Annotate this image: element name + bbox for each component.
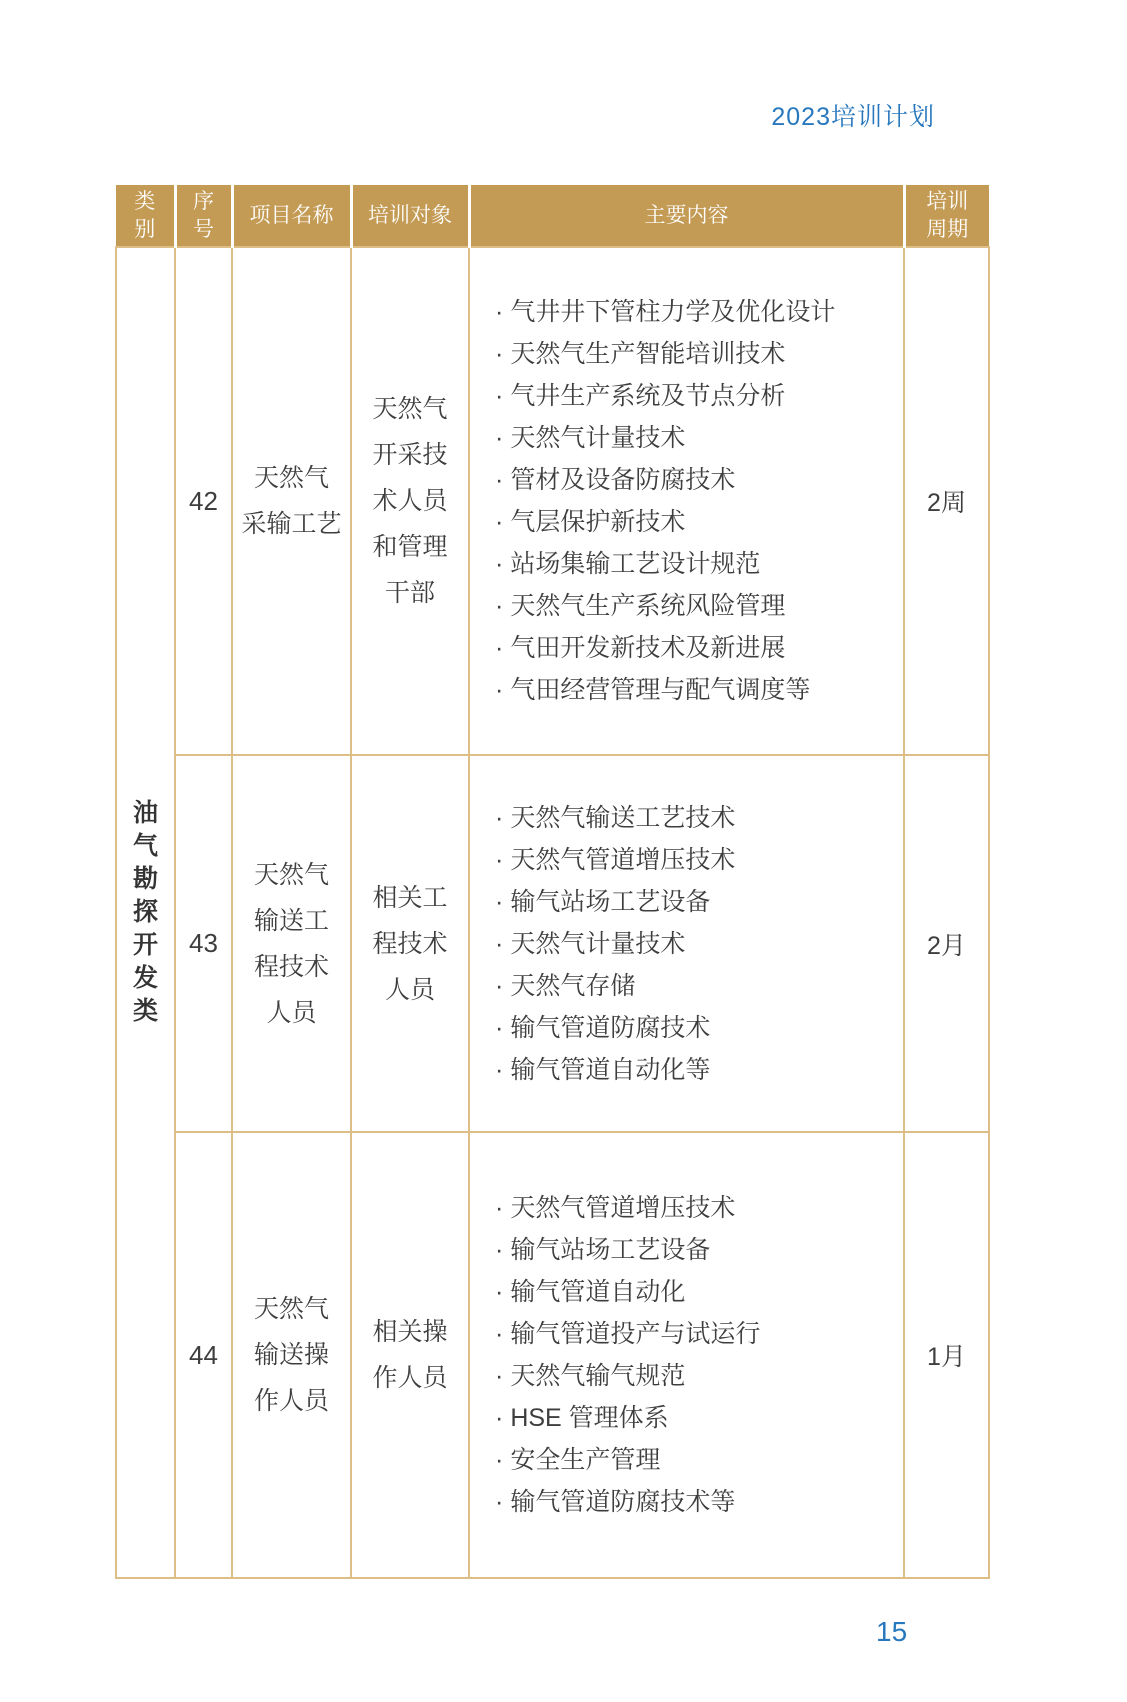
content-item-text: 天然气管道增压技术 (510, 846, 735, 874)
content-item-text: 气田经营管理与配气调度等 (510, 676, 810, 704)
training-plan-table: 类 别 序 号 项目名称 培训对象 主要内容 培训 周期 油 气 勘 探 开 发… (115, 185, 990, 1579)
content-item-text: 气井生产系统及节点分析 (510, 382, 785, 410)
content-item-text: 天然气计量技术 (510, 424, 685, 452)
table-row-43: 43 天然气 输送工 程技术 人员 相关工 程技术 人员 ·天然气输送工艺技术·… (116, 755, 989, 1132)
content-item-text: 输气站场工艺设备 (510, 888, 710, 916)
document-header-title: 2023培训计划 (771, 97, 935, 133)
bullet-dot-icon: · (495, 508, 503, 536)
audience-cell: 相关工 程技术 人员 (351, 755, 469, 1132)
content-item-text: 输气站场工艺设备 (510, 1236, 710, 1264)
content-item-text: 输气管道防腐技术 (510, 1014, 710, 1042)
bullet-dot-icon: · (495, 1404, 503, 1432)
content-item: ·气井生产系统及节点分析 (495, 375, 903, 417)
header-project-name: 项目名称 (232, 185, 351, 247)
content-item-text: 气井井下管柱力学及优化设计 (510, 298, 835, 326)
content-item: ·输气管道自动化等 (495, 1049, 903, 1091)
content-item: ·天然气生产智能培训技术 (495, 333, 903, 375)
content-item-text: 输气管道防腐技术等 (510, 1488, 735, 1516)
content-item: ·管材及设备防腐技术 (495, 459, 903, 501)
content-item: ·输气管道防腐技术 (495, 1007, 903, 1049)
bullet-dot-icon: · (495, 1320, 503, 1348)
bullet-dot-icon: · (495, 424, 503, 452)
period-cell: 2月 (904, 755, 989, 1132)
row-number: 43 (175, 755, 232, 1132)
audience-cell: 天然气 开采技 术人员 和管理 干部 (351, 247, 469, 755)
content-item: ·天然气管道增压技术 (495, 1187, 903, 1229)
project-name-cell: 天然气 采输工艺 (232, 247, 351, 755)
header-number: 序 号 (175, 185, 232, 247)
bullet-dot-icon: · (495, 1488, 503, 1516)
bullet-dot-icon: · (495, 676, 503, 704)
content-item: ·输气管道防腐技术等 (495, 1481, 903, 1523)
content-item: ·安全生产管理 (495, 1439, 903, 1481)
table-row-42: 油 气 勘 探 开 发 类 42 天然气 采输工艺 天然气 开采技 术人员 和管… (116, 247, 989, 755)
bullet-dot-icon: · (495, 1446, 503, 1474)
bullet-dot-icon: · (495, 298, 503, 326)
content-item: ·天然气计量技术 (495, 417, 903, 459)
content-item-text: 气层保护新技术 (510, 508, 685, 536)
bullet-dot-icon: · (495, 466, 503, 494)
content-item-text: 天然气输送工艺技术 (510, 804, 735, 832)
project-name-cell: 天然气 输送操 作人员 (232, 1132, 351, 1578)
bullet-dot-icon: · (495, 1362, 503, 1390)
content-item: ·天然气管道增压技术 (495, 839, 903, 881)
content-item: ·天然气输气规范 (495, 1355, 903, 1397)
bullet-dot-icon: · (495, 634, 503, 662)
bullet-dot-icon: · (495, 340, 503, 368)
content-item-text: 天然气生产系统风险管理 (510, 592, 785, 620)
bullet-dot-icon: · (495, 592, 503, 620)
category-cell: 油 气 勘 探 开 发 类 (116, 247, 175, 1578)
bullet-dot-icon: · (495, 1278, 503, 1306)
content-item-text: 天然气管道增压技术 (510, 1194, 735, 1222)
audience-cell: 相关操 作人员 (351, 1132, 469, 1578)
page-number: 15 (876, 1616, 907, 1648)
content-item-text: 天然气计量技术 (510, 930, 685, 958)
bullet-dot-icon: · (495, 382, 503, 410)
content-item: ·站场集输工艺设计规范 (495, 543, 903, 585)
content-item: ·输气站场工艺设备 (495, 881, 903, 923)
content-item-text: 站场集输工艺设计规范 (510, 550, 760, 578)
content-item-text: 天然气生产智能培训技术 (510, 340, 785, 368)
bullet-dot-icon: · (495, 1194, 503, 1222)
bullet-dot-icon: · (495, 930, 503, 958)
content-item: ·气田开发新技术及新进展 (495, 627, 903, 669)
period-cell: 2周 (904, 247, 989, 755)
content-list-cell: ·气井井下管柱力学及优化设计·天然气生产智能培训技术·气井生产系统及节点分析·天… (469, 247, 904, 755)
bullet-dot-icon: · (495, 1014, 503, 1042)
row-number: 42 (175, 247, 232, 755)
bullet-dot-icon: · (495, 888, 503, 916)
bullet-dot-icon: · (495, 804, 503, 832)
table-header-row: 类 别 序 号 项目名称 培训对象 主要内容 培训 周期 (116, 185, 989, 247)
content-item: ·HSE 管理体系 (495, 1397, 903, 1439)
content-item-text: HSE 管理体系 (510, 1404, 668, 1432)
header-period: 培训 周期 (904, 185, 989, 247)
content-item-text: 输气管道投产与试运行 (510, 1320, 760, 1348)
bullet-dot-icon: · (495, 1236, 503, 1264)
content-item: ·气田经营管理与配气调度等 (495, 669, 903, 711)
table-row-44: 44 天然气 输送操 作人员 相关操 作人员 ·天然气管道增压技术·输气站场工艺… (116, 1132, 989, 1578)
content-list-cell: ·天然气管道增压技术·输气站场工艺设备·输气管道自动化·输气管道投产与试运行·天… (469, 1132, 904, 1578)
content-list-cell: ·天然气输送工艺技术·天然气管道增压技术·输气站场工艺设备·天然气计量技术·天然… (469, 755, 904, 1132)
page: 2023培训计划 类 别 序 号 项目名称 培训对象 主要内容 培训 周期 油 … (0, 0, 1127, 1702)
content-item-text: 安全生产管理 (510, 1446, 660, 1474)
content-item: ·输气管道投产与试运行 (495, 1313, 903, 1355)
header-audience: 培训对象 (351, 185, 469, 247)
bullet-dot-icon: · (495, 1056, 503, 1084)
content-item: ·输气站场工艺设备 (495, 1229, 903, 1271)
content-item: ·天然气存储 (495, 965, 903, 1007)
content-item-text: 输气管道自动化等 (510, 1056, 710, 1084)
content-item-text: 管材及设备防腐技术 (510, 466, 735, 494)
project-name-cell: 天然气 输送工 程技术 人员 (232, 755, 351, 1132)
period-cell: 1月 (904, 1132, 989, 1578)
content-item: ·输气管道自动化 (495, 1271, 903, 1313)
content-item: ·气层保护新技术 (495, 501, 903, 543)
content-item: ·天然气输送工艺技术 (495, 797, 903, 839)
content-item-text: 输气管道自动化 (510, 1278, 685, 1306)
content-item: ·天然气生产系统风险管理 (495, 585, 903, 627)
bullet-dot-icon: · (495, 846, 503, 874)
content-item: ·天然气计量技术 (495, 923, 903, 965)
content-item-text: 天然气存储 (510, 972, 635, 1000)
bullet-dot-icon: · (495, 550, 503, 578)
header-content: 主要内容 (469, 185, 904, 247)
content-item: ·气井井下管柱力学及优化设计 (495, 291, 903, 333)
bullet-dot-icon: · (495, 972, 503, 1000)
row-number: 44 (175, 1132, 232, 1578)
content-item-text: 气田开发新技术及新进展 (510, 634, 785, 662)
header-category: 类 别 (116, 185, 175, 247)
content-item-text: 天然气输气规范 (510, 1362, 685, 1390)
